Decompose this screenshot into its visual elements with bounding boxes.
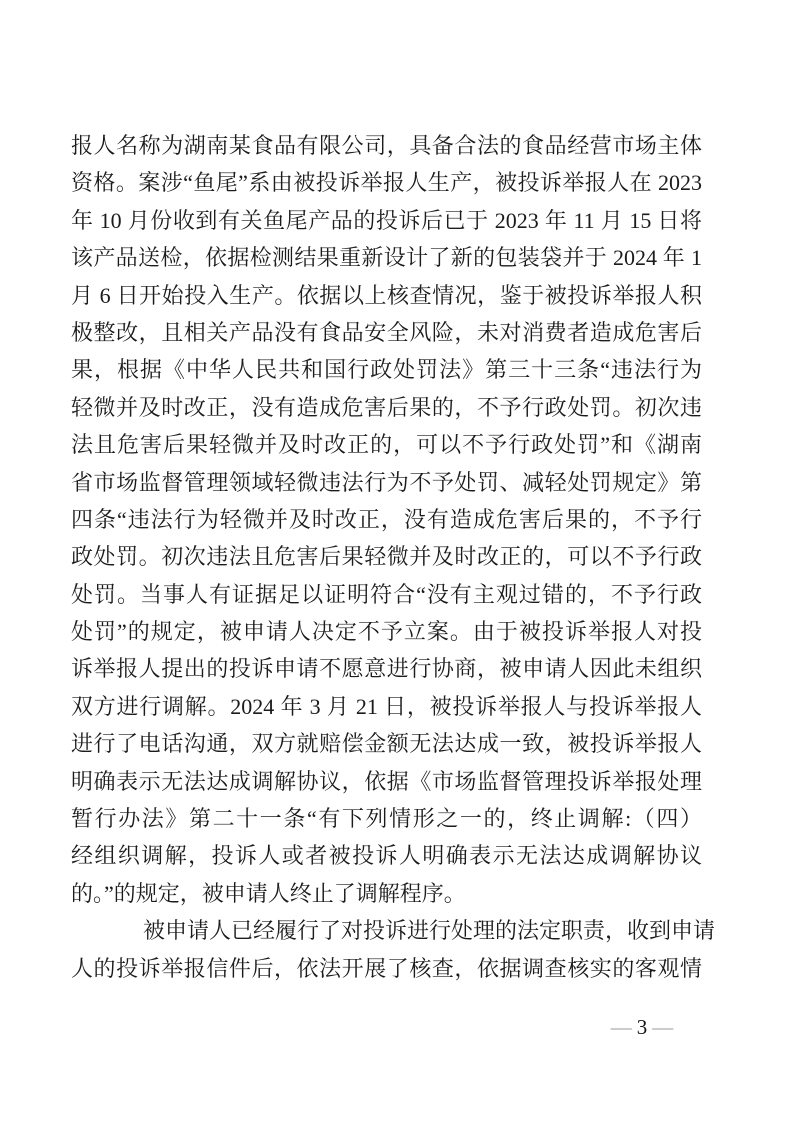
text-line: 资格。案涉“鱼尾”系由被投诉举报人生产，被投诉举报人在 2023	[71, 164, 702, 201]
text-line: 经组织调解，投诉人或者被投诉人明确表示无法达成调解协议	[71, 837, 702, 874]
text-line: 报人名称为湖南某食品有限公司，具备合法的食品经营市场主体	[71, 127, 702, 164]
text-line: 极整改，且相关产品没有食品安全风险，未对消费者造成危害后	[71, 314, 702, 351]
document-body: 报人名称为湖南某食品有限公司，具备合法的食品经营市场主体资格。案涉“鱼尾”系由被…	[71, 127, 702, 987]
text-line: 轻微并及时改正，没有造成危害后果的，不予行政处罚。初次违	[71, 389, 702, 426]
page-number-value: 3	[637, 1012, 648, 1042]
text-line: 省市场监督管理领域轻微违法行为不予处罚、减轻处罚规定》第	[71, 464, 702, 501]
page-number: — 3 —	[608, 1012, 676, 1042]
text-line: 人的投诉举报信件后，依法开展了核查，依据调查核实的客观情	[71, 950, 702, 987]
text-line: 月 6 日开始投入生产。依据以上核查情况，鉴于被投诉举报人积	[71, 277, 702, 314]
text-line: 四条“违法行为轻微并及时改正，没有造成危害后果的，不予行	[71, 501, 702, 538]
text-line: 年 10 月份收到有关鱼尾产品的投诉后已于 2023 年 11 月 15 日将	[71, 202, 702, 239]
text-line: 处罚。当事人有证据足以证明符合“没有主观过错的，不予行政	[71, 576, 702, 613]
text-line: 该产品送检，依据检测结果重新设计了新的包装袋并于 2024 年 1	[71, 239, 702, 276]
text-line: 果，根据《中华人民共和国行政处罚法》第三十三条“违法行为	[71, 351, 702, 388]
document-page: 报人名称为湖南某食品有限公司，具备合法的食品经营市场主体资格。案涉“鱼尾”系由被…	[0, 0, 793, 1122]
text-line: 处罚”的规定，被申请人决定不予立案。由于被投诉举报人对投	[71, 613, 702, 650]
text-line: 双方进行调解。2024 年 3 月 21 日，被投诉举报人与投诉举报人	[71, 688, 702, 725]
text-line: 的。”的规定，被申请人终止了调解程序。	[71, 875, 702, 912]
text-line: 暂行办法》第二十一条“有下列情形之一的，终止调解:（四）	[71, 800, 702, 837]
text-line: 法且危害后果轻微并及时改正的，可以不予行政处罚”和《湖南	[71, 426, 702, 463]
text-line: 明确表示无法达成调解协议，依据《市场监督管理投诉举报处理	[71, 763, 702, 800]
text-line: 进行了电话沟通，双方就赔偿金额无法达成一致，被投诉举报人	[71, 725, 702, 762]
text-line: 诉举报人提出的投诉申请不愿意进行协商，被申请人因此未组织	[71, 650, 702, 687]
page-number-dash-left: —	[611, 1012, 632, 1042]
page-number-dash-right: —	[652, 1012, 673, 1042]
text-line: 被申请人已经履行了对投诉进行处理的法定职责，收到申请	[71, 912, 702, 949]
text-line: 政处罚。初次违法且危害后果轻微并及时改正的，可以不予行政	[71, 538, 702, 575]
